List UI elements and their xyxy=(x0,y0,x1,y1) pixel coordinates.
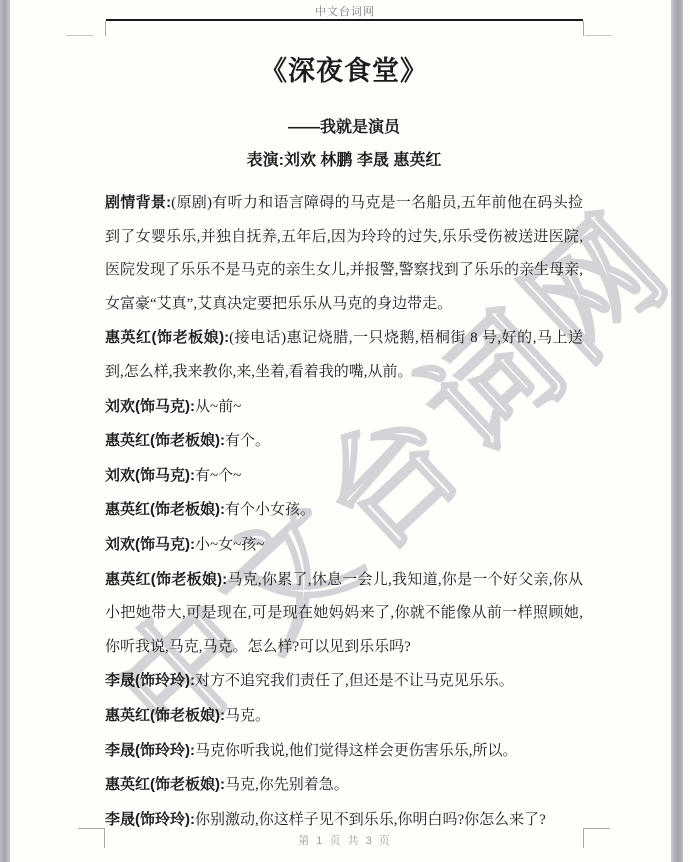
speaker-label: 李晟(饰玲玲): xyxy=(105,672,195,689)
dialogue-text: 有个小女孩。 xyxy=(225,502,315,518)
script-paragraph: 惠英红(饰老板娘):马克,你先别着急。 xyxy=(105,768,583,803)
dialogue-text: 有个。 xyxy=(225,433,270,449)
script-paragraph: 李晟(饰玲玲):对方不追究我们责任了,但还是不让马克见乐乐。 xyxy=(105,664,583,699)
page-title: 《深夜食堂》 xyxy=(105,54,583,88)
dialogue-text: 小~女~孩~ xyxy=(195,537,264,553)
speaker-label: 剧情背景: xyxy=(105,194,171,211)
crop-mark-bottom-right-horizontal xyxy=(583,828,610,829)
speaker-label: 刘欢(饰马克): xyxy=(105,536,195,553)
speaker-label: 惠英红(饰老板娘): xyxy=(105,432,225,449)
speaker-label: 李晟(饰玲玲): xyxy=(105,811,195,828)
script-paragraph: 剧情背景:(原剧)有听力和语言障碍的马克是一名船员,五年前他在码头捡到了女婴乐乐… xyxy=(105,186,583,321)
crop-mark-bottom-left-horizontal xyxy=(78,828,105,829)
script-paragraph: 惠英红(饰老板娘):马克。 xyxy=(105,699,583,734)
script-paragraph: 惠英红(饰老板娘):有个小女孩。 xyxy=(105,493,583,528)
speaker-label: 惠英红(饰老板娘): xyxy=(105,501,225,518)
script-paragraph: 惠英红(饰老板娘):马克,你累了,休息一会儿,我知道,你是一个好父亲,你从小把她… xyxy=(105,563,583,665)
dialogue-text: 从~前~ xyxy=(195,399,241,415)
dialogue-text: 马克你听我说,他们觉得这样会更伤害乐乐,所以。 xyxy=(195,743,518,759)
dialogue-text: (原剧)有听力和语言障碍的马克是一名船员,五年前他在码头捡到了女婴乐乐,并独自抚… xyxy=(105,195,583,312)
speaker-label: 惠英红(饰老板娘): xyxy=(105,776,225,793)
speaker-label: 惠英红(饰老板娘): xyxy=(105,571,227,588)
crop-mark-top-left-horizontal xyxy=(66,35,93,36)
dialogue-text: 对方不追究我们责任了,但还是不让马克见乐乐。 xyxy=(195,673,514,689)
speaker-label: 惠英红(饰老板娘): xyxy=(105,329,229,346)
script-paragraph: 李晟(饰玲玲):马克你听我说,他们觉得这样会更伤害乐乐,所以。 xyxy=(105,734,583,769)
script-paragraph: 刘欢(饰马克):小~女~孩~ xyxy=(105,528,583,563)
header-site-name: 中文台词网 xyxy=(0,3,690,19)
dialogue-text: 马克。 xyxy=(225,708,270,724)
script-paragraph: 惠英红(饰老板娘):(接电话)惠记烧腊,一只烧鹅,梧桐街 8 号,好的,马上送到… xyxy=(105,321,583,389)
speaker-label: 刘欢(饰马克): xyxy=(105,398,195,415)
right-page-edge xyxy=(671,0,683,862)
speaker-label: 惠英红(饰老板娘): xyxy=(105,707,225,724)
script-paragraph: 刘欢(饰马克):从~前~ xyxy=(105,390,583,425)
script-paragraphs: 剧情背景:(原剧)有听力和语言障碍的马克是一名船员,五年前他在码头捡到了女婴乐乐… xyxy=(105,186,583,837)
document-body: 《深夜食堂》 ——我就是演员 表演:刘欢 林鹏 李晟 惠英红 剧情背景:(原剧)… xyxy=(105,40,583,837)
crop-mark-top-right-vertical xyxy=(583,21,584,36)
speaker-label: 刘欢(饰马克): xyxy=(105,467,195,484)
dialogue-text: 有~个~ xyxy=(195,468,241,484)
dialogue-text: 马克,你先别着急。 xyxy=(225,777,349,793)
speaker-label: 李晟(饰玲玲): xyxy=(105,742,195,759)
crop-mark-top-right-horizontal xyxy=(585,35,612,36)
cast-line: 表演:刘欢 林鹏 李晟 惠英红 xyxy=(105,150,583,172)
document-page: 中文台词网 中文台词网 《深夜食堂》 ——我就是演员 表演:刘欢 林鹏 李晟 惠… xyxy=(0,0,690,862)
page-number: 第 1 页 共 3 页 xyxy=(0,832,690,848)
script-paragraph: 刘欢(饰马克):有~个~ xyxy=(105,459,583,494)
header-rule xyxy=(106,19,583,21)
dialogue-text: 你别激动,你这样子见不到乐乐,你明白吗?你怎么来了? xyxy=(195,812,546,828)
crop-mark-top-left-vertical xyxy=(105,21,106,36)
left-page-edge xyxy=(0,0,10,862)
script-paragraph: 惠英红(饰老板娘):有个。 xyxy=(105,424,583,459)
document-subtitle: ——我就是演员 xyxy=(105,117,583,139)
